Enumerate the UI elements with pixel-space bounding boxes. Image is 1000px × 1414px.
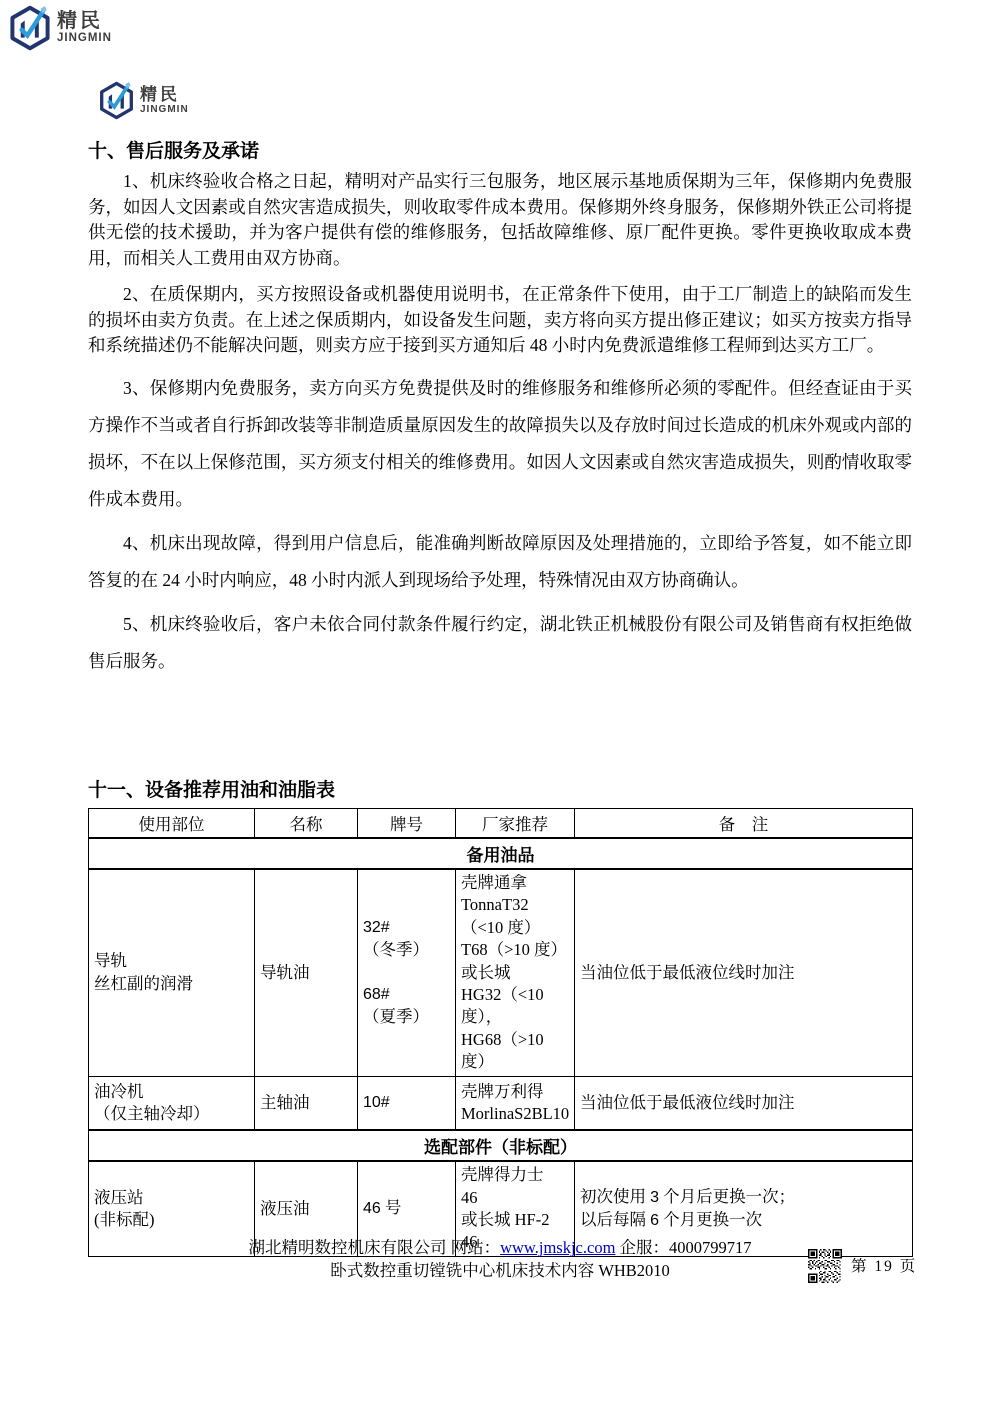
cell-line: 导轨油	[260, 962, 352, 984]
jingmin-hexagon-icon	[98, 82, 135, 119]
company-logo-top: 精民 JINGMIN	[8, 6, 112, 50]
cell-remark: 当油位低于最低液位线时加注	[575, 1076, 913, 1130]
cell-grade: 32# （冬季） 68# （夏季）	[358, 869, 456, 1076]
cell-line: （仅主轴冷却）	[94, 1103, 249, 1125]
cell-line: (非标配)	[94, 1209, 249, 1231]
cell-line: 68#	[363, 984, 450, 1006]
cell-line: 当油位低于最低液位线时加注	[580, 1092, 907, 1114]
table-row: 导轨 丝杠副的润滑 导轨油 32# （冬季） 68# （夏季） 壳牌通拿 Ton…	[89, 869, 913, 1076]
cell-line: 46	[461, 1187, 569, 1209]
footer-website-link[interactable]: www.jmskjc.com	[500, 1238, 615, 1257]
cell-line: 液压油	[260, 1198, 352, 1220]
cell-remark: 当油位低于最低液位线时加注	[575, 869, 913, 1076]
grade-number: 46	[363, 1200, 381, 1217]
cell-line: TonnaT32	[461, 894, 569, 916]
col-header-part: 使用部位	[89, 809, 255, 839]
col-header-grade: 牌号	[358, 809, 456, 839]
cell-vendor: 壳牌通拿 TonnaT32 （<10 度） T68（>10 度） 或长城 HG3…	[456, 869, 575, 1076]
jingmin-hexagon-icon	[8, 6, 52, 50]
cell-line: T68（>10 度）	[461, 939, 569, 961]
document-page: 精民 JINGMIN 精民 JINGMIN 十、售后服务及承诺 1、机床终验收合…	[0, 0, 1000, 1414]
section-after-sales: 十、售后服务及承诺 1、机床终验收合格之日起，精明对产品实行三包服务，地区展示基…	[88, 136, 912, 687]
group-label: 选配部件（非标配）	[89, 1130, 913, 1161]
footer-line-1: 湖北精明数控机床有限公司 网站：www.jmskjc.com 企服：400079…	[88, 1236, 912, 1259]
cell-line: 壳牌万利得	[461, 1081, 569, 1103]
cell-line: 度）	[461, 1051, 569, 1073]
footer-company: 湖北精明数控机床有限公司	[248, 1238, 446, 1257]
cell-line: 壳牌通拿	[461, 872, 569, 894]
grade-unit: 号	[385, 1198, 402, 1217]
section10-title: 十、售后服务及承诺	[88, 136, 912, 163]
cell-line	[363, 962, 450, 984]
paragraph-3: 3、保修期内免费服务，卖方向买方免费提供及时的维修服务和维修所必须的零配件。但经…	[88, 370, 912, 518]
cell-line: 液压站	[94, 1187, 249, 1209]
col-header-vendor: 厂家推荐	[456, 809, 575, 839]
cell-line: MorlinaS2BL10	[461, 1103, 569, 1125]
cell-line: 导轨	[94, 950, 249, 972]
cell-vendor: 壳牌万利得 MorlinaS2BL10	[456, 1076, 575, 1130]
cell-line: HG32（<10	[461, 984, 569, 1006]
cell-line: 或长城	[461, 962, 569, 984]
page-footer: 湖北精明数控机床有限公司 网站：www.jmskjc.com 企服：400079…	[88, 1236, 912, 1282]
cell-line: 以后每隔	[580, 1210, 650, 1229]
cell-line: 丝杠副的润滑	[94, 973, 249, 995]
group-label: 备用油品	[89, 838, 913, 869]
cell-line: 32#	[363, 917, 450, 939]
footer-line-2: 卧式数控重切镗铣中心机床技术内容 WHB2010	[88, 1259, 912, 1282]
footer-service-label: 企服：	[620, 1238, 670, 1257]
cell-line: （<10 度）	[461, 917, 569, 939]
paragraph-1: 1、机床终验收合格之日起，精明对产品实行三包服务，地区展示基地质保期为三年，保修…	[88, 169, 912, 271]
logo-text-en: JINGMIN	[140, 105, 189, 115]
paragraph-5: 5、机床终验收后，客户未依合同付款条件履行约定，湖北铁正机械股份有限公司及销售商…	[88, 606, 912, 680]
cell-line: （冬季）	[363, 939, 450, 961]
company-logo-inline: 精民 JINGMIN	[98, 82, 189, 119]
group-row-spare-oils: 备用油品	[89, 838, 913, 869]
qr-code	[808, 1249, 842, 1283]
logo-text-cn: 精民	[140, 86, 189, 103]
note-number: 3	[650, 1189, 659, 1206]
cell-name: 导轨油	[255, 869, 358, 1076]
section-oil-table: 十一、设备推荐用油和油脂表 使用部位 名称 牌号 厂家推荐 备 注 备用油品 导…	[88, 775, 912, 1257]
cell-line: 个月后更换一次；	[659, 1187, 795, 1206]
cell-name: 主轴油	[255, 1076, 358, 1130]
cell-line: 度），	[461, 1006, 569, 1028]
logo-text-en: JINGMIN	[57, 33, 112, 45]
cell-line: 油冷机	[94, 1081, 249, 1103]
cell-part: 油冷机 （仅主轴冷却）	[89, 1076, 255, 1130]
oil-recommendation-table: 使用部位 名称 牌号 厂家推荐 备 注 备用油品 导轨 丝杠副的润滑 导轨油 3…	[88, 808, 913, 1257]
table-row: 油冷机 （仅主轴冷却） 主轴油 10# 壳牌万利得 MorlinaS2BL10 …	[89, 1076, 913, 1130]
section11-title: 十一、设备推荐用油和油脂表	[88, 775, 912, 802]
table-header-row: 使用部位 名称 牌号 厂家推荐 备 注	[89, 809, 913, 839]
paragraph-4: 4、机床出现故障，得到用户信息后，能准确判断故障原因及处理措施的，立即给予答复，…	[88, 525, 912, 599]
note-number: 6	[650, 1212, 659, 1229]
cell-line: （夏季）	[363, 1006, 450, 1028]
cell-line: 或长城 HF-2	[461, 1209, 569, 1231]
col-header-remark: 备 注	[575, 809, 913, 839]
cell-line: 壳牌得力士	[461, 1164, 569, 1186]
cell-line: 10#	[363, 1092, 450, 1114]
cell-line: 主轴油	[260, 1092, 352, 1114]
cell-line: 当油位低于最低液位线时加注	[580, 962, 907, 984]
cell-grade: 10#	[358, 1076, 456, 1130]
cell-part: 导轨 丝杠副的润滑	[89, 869, 255, 1076]
cell-line: 初次使用	[580, 1187, 650, 1206]
footer-service-phone: 4000799717	[669, 1238, 752, 1257]
logo-text-cn: 精民	[57, 11, 112, 31]
footer-website-label: 网站：	[451, 1238, 501, 1257]
group-row-optional-parts: 选配部件（非标配）	[89, 1130, 913, 1161]
cell-line: 个月更换一次	[659, 1210, 762, 1229]
page-number: 第 19 页	[851, 1254, 1000, 1276]
paragraph-2: 2、在质保期内，买方按照设备或机器使用说明书，在正常条件下使用，由于工厂制造上的…	[88, 282, 912, 359]
cell-line: HG68（>10	[461, 1029, 569, 1051]
col-header-name: 名称	[255, 809, 358, 839]
